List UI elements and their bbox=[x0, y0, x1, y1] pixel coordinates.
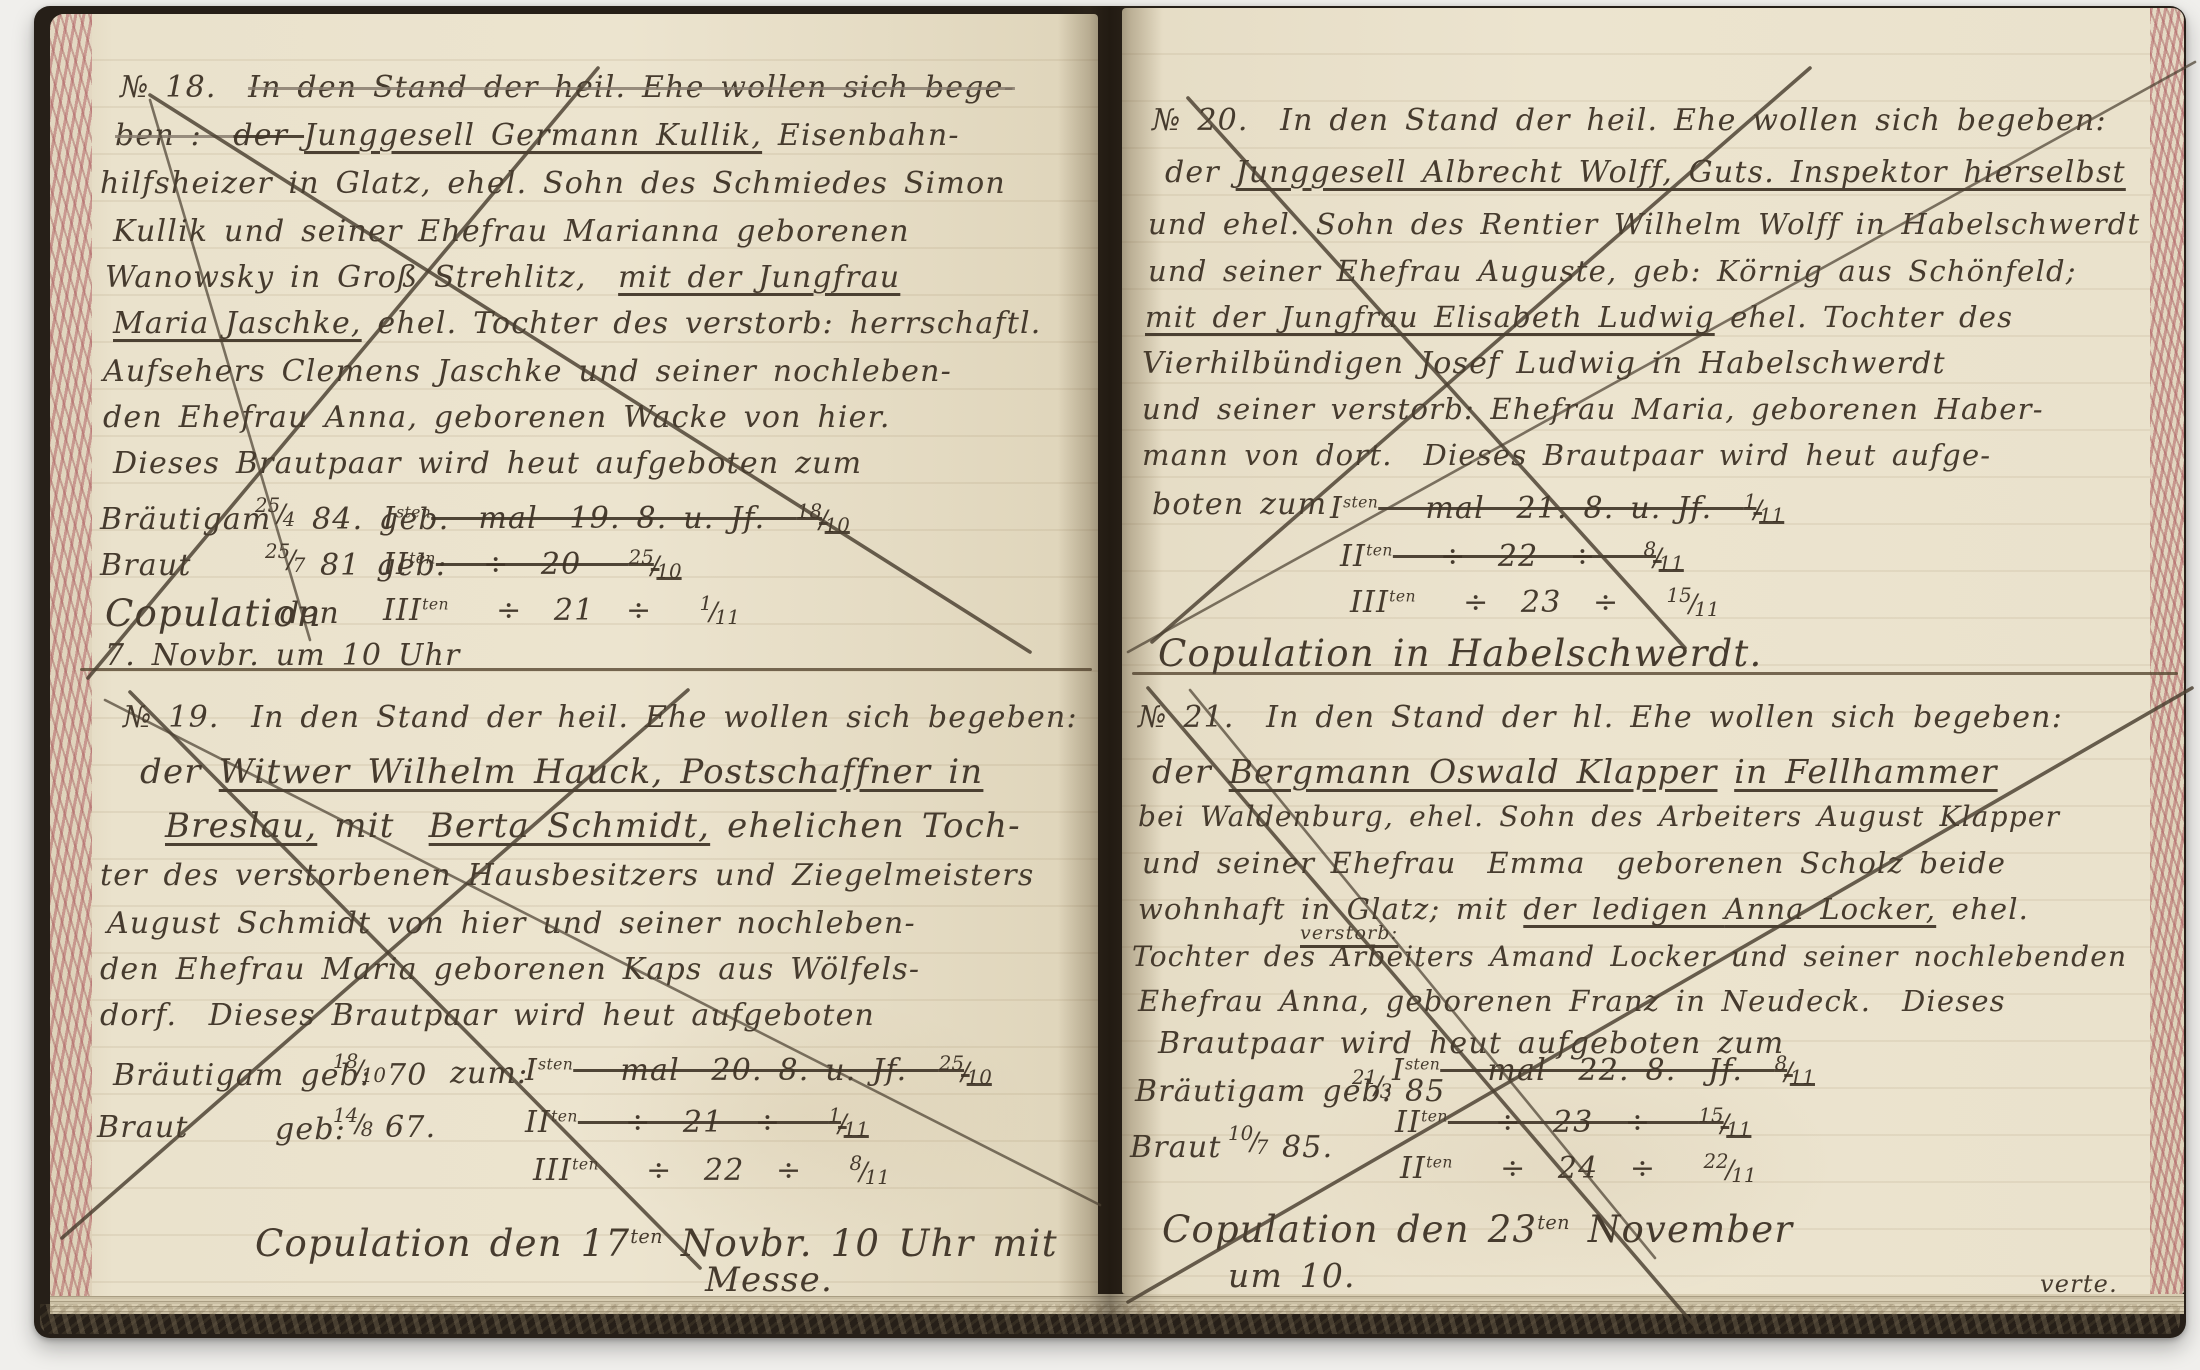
text-segment: Braut bbox=[100, 548, 192, 583]
manuscript-line: und seiner Ehefrau Auguste, geb: Körnig … bbox=[1148, 254, 2077, 288]
text-segment: № 21. In den Stand der hl. Ehe wollen si… bbox=[1138, 700, 2063, 735]
text-segment: ten bbox=[1426, 1153, 1453, 1171]
text-segment: um 10. bbox=[1228, 1256, 1356, 1294]
text-segment: 85. bbox=[1282, 1130, 1333, 1165]
text-segment: mal 20. 8. u. Jf. bbox=[573, 1053, 939, 1088]
text-segment: Wanowsky in Groß Strehlitz, bbox=[105, 260, 618, 295]
manuscript-line: Isten mal 21. 8. u. Jf. 1/11 bbox=[1330, 490, 1784, 527]
text-segment: ÷ 23 ÷ bbox=[1416, 585, 1667, 620]
manuscript-line: ter des verstorbenen Hausbesitzers und Z… bbox=[100, 858, 1034, 893]
manuscript-line: Braut bbox=[100, 548, 192, 583]
text-segment: sten bbox=[396, 503, 431, 521]
page-edge-marbling-right bbox=[2150, 8, 2184, 1294]
text-segment: Bergmann Oswald Klapper bbox=[1229, 752, 1718, 791]
text-segment: ten bbox=[422, 595, 449, 613]
manuscript-line: wohnhaft in Glatz; mit der ledigen Anna … bbox=[1138, 892, 2029, 926]
text-segment: Junggesell Albrecht Wolff, Guts. Inspekt… bbox=[1236, 155, 2126, 190]
manuscript-line: bei Waldenburg, ehel. Sohn des Arbeiters… bbox=[1138, 800, 2060, 833]
manuscript-line: IIIten ÷ 23 ÷ 15/11 bbox=[1350, 584, 1719, 621]
text-segment: ÷ 24 ÷ bbox=[1453, 1151, 1704, 1186]
text-segment: Berta Schmidt, bbox=[429, 806, 710, 846]
text-segment: sten bbox=[538, 1055, 573, 1073]
text-segment: boten zum bbox=[1152, 487, 1327, 522]
manuscript-line: № 21. In den Stand der hl. Ehe wollen si… bbox=[1138, 700, 2063, 735]
manuscript-line: Isten mal 22. 8. Jf. 8/11 bbox=[1392, 1052, 1815, 1089]
text-segment: Ehefrau Anna, geborenen Franz in Neudeck… bbox=[1138, 984, 2006, 1018]
manuscript-line: № 19. In den Stand der heil. Ehe wollen … bbox=[123, 700, 1078, 735]
text-segment: Copulation den 17 bbox=[255, 1222, 630, 1265]
text-segment: I bbox=[1330, 491, 1343, 526]
manuscript-line: Wanowsky in Groß Strehlitz, mit der Jung… bbox=[105, 260, 900, 295]
manuscript-line: der Bergmann Oswald Klapper in Fellhamme… bbox=[1152, 752, 1998, 791]
text-segment: I bbox=[525, 1053, 538, 1088]
text-segment: № 18. bbox=[120, 70, 248, 105]
text-segment: ÷ 23 ÷ bbox=[1448, 1105, 1699, 1140]
text-segment: ten bbox=[409, 549, 436, 567]
text-segment: den bbox=[280, 596, 340, 631]
manuscript-line: 14/8 bbox=[333, 1104, 373, 1141]
text-segment: dorf. Dieses Brautpaar wird heut aufgebo… bbox=[100, 998, 875, 1033]
manuscript-line: IIten ÷ 24 ÷ 22/11 bbox=[1400, 1150, 1756, 1187]
text-segment: ÷ 22 ÷ bbox=[599, 1153, 850, 1188]
manuscript-line: 7. Novbr. um 10 Uhr bbox=[105, 638, 461, 673]
manuscript-line: Breslau, mit Berta Schmidt, ehelichen To… bbox=[165, 806, 1021, 846]
manuscript-line: der Junggesell Albrecht Wolff, Guts. Ins… bbox=[1165, 155, 2126, 190]
text-segment: 18/10 bbox=[797, 500, 850, 537]
text-segment: 8/11 bbox=[1775, 1052, 1815, 1089]
page-edge-marbling-left bbox=[50, 14, 92, 1296]
manuscript-line: Braut bbox=[1130, 1130, 1222, 1165]
manuscript-line: um 10. bbox=[1228, 1256, 1356, 1294]
text-segment: zum: bbox=[450, 1056, 528, 1091]
text-segment: 25/10 bbox=[629, 546, 682, 583]
text-segment: Braut bbox=[97, 1110, 189, 1145]
left-page: № 18. In den Stand der heil. Ehe wollen … bbox=[50, 14, 1098, 1296]
manuscript-line: Copulation den 17ten Novbr. 10 Uhr mit bbox=[255, 1222, 1058, 1265]
text-segment: № 19. In den Stand der heil. Ehe wollen … bbox=[123, 700, 1078, 735]
manuscript-line: der Witwer Wilhelm Hauck, Postschaffner … bbox=[140, 752, 983, 792]
text-segment: 8/11 bbox=[1643, 538, 1683, 575]
text-segment: 1/11 bbox=[828, 1104, 868, 1141]
text-segment: Braut bbox=[1130, 1130, 1222, 1165]
text-segment: ten bbox=[1389, 587, 1416, 605]
manuscript-line: den Ehefrau Anna, geborenen Wacke von hi… bbox=[103, 400, 891, 435]
text-segment: 8/11 bbox=[850, 1152, 890, 1189]
manuscript-line: Isten mal 20. 8. u. Jf. 25/10 bbox=[525, 1052, 992, 1089]
manuscript-line: zum: bbox=[450, 1056, 528, 1091]
text-segment: Maria Jaschke, bbox=[113, 306, 362, 341]
text-segment: 25/4 bbox=[255, 494, 295, 531]
text-segment: mal 22. 8. Jf. bbox=[1440, 1053, 1774, 1088]
text-segment: der bbox=[233, 118, 304, 153]
text-segment: Novbr. 10 Uhr mit bbox=[663, 1222, 1058, 1265]
text-segment: ten bbox=[1366, 541, 1393, 559]
text-segment: Vierhilbündigen Josef Ludwig in Habelsch… bbox=[1142, 346, 1946, 381]
manuscript-line: Messe. bbox=[705, 1260, 833, 1296]
text-segment: 25/7 bbox=[265, 540, 305, 577]
manuscript-line: Tochter des Arbeiters Amand Locker und s… bbox=[1132, 940, 2127, 973]
manuscript-line: 25/4 bbox=[255, 494, 295, 531]
manuscript-line: 25/7 bbox=[265, 540, 305, 577]
text-segment: Tochter des Arbeiters Amand Locker und s… bbox=[1132, 940, 2127, 973]
manuscript-line: Bräutigam bbox=[100, 502, 272, 537]
manuscript-line: hilfsheizer in Glatz, ehel. Sohn des Sch… bbox=[100, 166, 1006, 201]
text-segment: mann von dort. Dieses Brautpaar wird heu… bbox=[1142, 438, 1991, 472]
text-segment: ÷ 21 ÷ bbox=[449, 593, 700, 628]
text-segment: November bbox=[1570, 1208, 1793, 1251]
manuscript-line: den Ehefrau Maria geborenen Kaps aus Wöl… bbox=[100, 952, 920, 987]
text-segment: der ledigen bbox=[1523, 892, 1724, 926]
text-segment: den Ehefrau Maria geborenen Kaps aus Wöl… bbox=[100, 952, 920, 987]
manuscript-line: Vierhilbündigen Josef Ludwig in Habelsch… bbox=[1142, 346, 1946, 381]
text-segment: Junggesell Germann Kullik, bbox=[304, 118, 762, 153]
text-segment: mal 21. 8. u. Jf. bbox=[1378, 491, 1744, 526]
manuscript-line: IIten ÷ 20 25/10 bbox=[383, 546, 682, 583]
text-segment: 22/11 bbox=[1703, 1150, 1756, 1187]
text-segment: mit der Jungfrau bbox=[618, 260, 900, 295]
register-book: № 18. In den Stand der heil. Ehe wollen … bbox=[34, 6, 2186, 1338]
text-segment: 18/10 bbox=[333, 1050, 386, 1087]
text-segment: In den Stand der heil. Ehe wollen sich b… bbox=[248, 70, 1015, 105]
text-segment: den Ehefrau Anna, geborenen Wacke von hi… bbox=[103, 400, 891, 435]
text-segment: ÷ 21 ÷ bbox=[578, 1105, 829, 1140]
manuscript-line: den bbox=[280, 596, 340, 631]
text-segment: III bbox=[383, 593, 422, 628]
text-segment: der bbox=[1165, 155, 1236, 190]
text-segment: 21/3 bbox=[1352, 1066, 1392, 1103]
text-segment: ten bbox=[1537, 1211, 1570, 1234]
text-segment: Witwer Wilhelm Hauck, Postschaffner in bbox=[219, 752, 984, 792]
text-segment: ehel. Tochter des bbox=[1715, 300, 2014, 334]
manuscript-line: 70 bbox=[387, 1058, 428, 1093]
text-segment: August Schmidt von hier und seiner nochl… bbox=[107, 906, 916, 941]
text-segment: sten bbox=[1343, 493, 1378, 511]
text-segment: I bbox=[1392, 1053, 1405, 1088]
text-segment: ten bbox=[572, 1155, 599, 1173]
manuscript-line: Isten mal 19. 8. u. Jf. 18/10 bbox=[383, 500, 850, 537]
text-segment: und seiner verstorb: Ehefrau Maria, gebo… bbox=[1142, 392, 2044, 426]
text-segment: mit bbox=[317, 806, 428, 846]
text-segment: II bbox=[1400, 1151, 1426, 1186]
text-segment: ter des verstorbenen Hausbesitzers und Z… bbox=[100, 858, 1034, 893]
text-segment: und seiner Ehefrau Emma geborenen Scholz… bbox=[1142, 846, 2006, 880]
manuscript-line: und seiner verstorb: Ehefrau Maria, gebo… bbox=[1142, 392, 2044, 426]
text-segment: sten bbox=[1405, 1055, 1440, 1073]
text-segment: ÷ 20 bbox=[436, 547, 629, 582]
text-segment: 14/8 bbox=[333, 1104, 373, 1141]
manuscript-line: 67. bbox=[385, 1110, 436, 1145]
manuscript-line: Kullik und seiner Ehefrau Marianna gebor… bbox=[113, 214, 910, 249]
manuscript-line: Copulation den 23ten November bbox=[1162, 1208, 1793, 1251]
manuscript-line: dorf. Dieses Brautpaar wird heut aufgebo… bbox=[100, 998, 875, 1033]
text-segment: Kullik und seiner Ehefrau Marianna gebor… bbox=[113, 214, 910, 249]
text-segment: II bbox=[383, 547, 409, 582]
right-page: № 20. In den Stand der heil. Ehe wollen … bbox=[1122, 8, 2184, 1294]
text-segment: wohnhaft in Glatz; mit bbox=[1138, 892, 1523, 926]
manuscript-line: mit der Jungfrau Elisabeth Ludwig ehel. … bbox=[1145, 300, 2013, 334]
manuscript-line: mann von dort. Dieses Brautpaar wird heu… bbox=[1142, 438, 1991, 472]
manuscript-line: IIten ÷ 23 ÷ 15/11 bbox=[1395, 1104, 1751, 1141]
manuscript-line: ben : der Junggesell Germann Kullik, Eis… bbox=[115, 118, 960, 153]
manuscript-line: IIten ÷ 21 ÷ 1/11 bbox=[525, 1104, 869, 1141]
manuscript-line: IIten ÷ 22 ÷ 8/11 bbox=[1340, 538, 1684, 575]
text-segment: ehel. bbox=[1936, 892, 2029, 926]
manuscript-line: Braut bbox=[97, 1110, 189, 1145]
manuscript-line: und seiner Ehefrau Emma geborenen Scholz… bbox=[1142, 846, 2006, 880]
text-segment: bei Waldenburg, ehel. Sohn des Arbeiters… bbox=[1138, 800, 2060, 833]
text-segment: Anna Locker, bbox=[1724, 892, 1936, 926]
text-segment: ben : bbox=[115, 118, 233, 153]
text-segment: Eisenbahn- bbox=[762, 118, 960, 153]
text-segment: ehel. Tochter des verstorb: herrschaftl. bbox=[362, 306, 1042, 341]
manuscript-line: Maria Jaschke, ehel. Tochter des verstor… bbox=[113, 306, 1042, 341]
text-segment: ten bbox=[1421, 1107, 1448, 1125]
text-segment: der bbox=[140, 752, 219, 792]
manuscript-line: Copulation in Habelschwerdt. bbox=[1158, 632, 1762, 675]
text-segment: II bbox=[1340, 539, 1366, 574]
text-segment: I bbox=[383, 501, 396, 536]
text-segment: Bräutigam bbox=[100, 502, 272, 537]
text-segment: in Fellhammer bbox=[1734, 752, 1997, 791]
text-segment: ten bbox=[630, 1225, 663, 1248]
manuscript-line: August Schmidt von hier und seiner nochl… bbox=[107, 906, 916, 941]
photo-background: № 18. In den Stand der heil. Ehe wollen … bbox=[0, 0, 2200, 1370]
manuscript-line: Dieses Brautpaar wird heut aufgeboten zu… bbox=[113, 446, 862, 481]
text-segment: ten bbox=[551, 1107, 578, 1125]
manuscript-line: № 20. In den Stand der heil. Ehe wollen … bbox=[1152, 103, 2107, 138]
text-segment: Copulation den 23 bbox=[1162, 1208, 1537, 1251]
text-segment: 70 bbox=[387, 1058, 428, 1093]
text-segment: 10/7 bbox=[1228, 1122, 1268, 1159]
manuscript-line: 21/3 bbox=[1352, 1066, 1392, 1103]
manuscript-line: boten zum bbox=[1152, 487, 1327, 522]
text-segment: ÷ 22 ÷ bbox=[1393, 539, 1644, 574]
text-segment: 7. Novbr. um 10 Uhr bbox=[105, 638, 461, 673]
text-segment: II bbox=[525, 1105, 551, 1140]
text-segment: der bbox=[1152, 752, 1229, 791]
manuscript-line: 18/10 bbox=[333, 1050, 386, 1087]
text-segment: 1/11 bbox=[700, 592, 740, 629]
text-segment: und seiner Ehefrau Auguste, geb: Körnig … bbox=[1148, 254, 2077, 288]
text-segment: Aufsehers Clemens Jaschke und seiner noc… bbox=[103, 354, 952, 389]
text-segment: hilfsheizer in Glatz, ehel. Sohn des Sch… bbox=[100, 166, 1006, 201]
text-segment: III bbox=[1350, 585, 1389, 620]
text-segment: № 20. In den Stand der heil. Ehe wollen … bbox=[1152, 103, 2107, 138]
manuscript-line: Ehefrau Anna, geborenen Franz in Neudeck… bbox=[1138, 984, 2006, 1018]
text-segment: ehelichen Toch- bbox=[710, 806, 1021, 846]
manuscript-line: 85. bbox=[1282, 1130, 1333, 1165]
text-segment: III bbox=[533, 1153, 572, 1188]
text-segment: 15/11 bbox=[1698, 1104, 1751, 1141]
manuscript-line: und ehel. Sohn des Rentier Wilhelm Wolff… bbox=[1148, 207, 2140, 241]
manuscript-line: № 18. In den Stand der heil. Ehe wollen … bbox=[120, 70, 1015, 105]
text-segment: 1/11 bbox=[1744, 490, 1784, 527]
text-segment: II bbox=[1395, 1105, 1421, 1140]
text-segment: 15/11 bbox=[1667, 584, 1720, 621]
text-segment: und ehel. Sohn des Rentier Wilhelm Wolff… bbox=[1148, 207, 2140, 241]
text-segment: Messe. bbox=[705, 1260, 833, 1296]
manuscript-line: IIIten ÷ 22 ÷ 8/11 bbox=[533, 1152, 890, 1189]
text-segment: 67. bbox=[385, 1110, 436, 1145]
manuscript-line: verte. bbox=[2040, 1270, 2118, 1294]
text-segment: mit der Jungfrau Elisabeth Ludwig bbox=[1145, 300, 1715, 334]
book-cover-edge bbox=[40, 1304, 2180, 1334]
text-segment: verte. bbox=[2040, 1270, 2118, 1294]
text-segment: mal 19. 8. u. Jf. bbox=[431, 501, 797, 536]
manuscript-line: Aufsehers Clemens Jaschke und seiner noc… bbox=[103, 354, 952, 389]
manuscript-line: IIIten ÷ 21 ÷ 1/11 bbox=[383, 592, 740, 629]
text-segment: Dieses Brautpaar wird heut aufgeboten zu… bbox=[113, 446, 862, 481]
manuscript-line: 10/7 bbox=[1228, 1122, 1268, 1159]
text-segment: Copulation in Habelschwerdt. bbox=[1158, 632, 1762, 675]
text-segment: 25/10 bbox=[939, 1052, 992, 1089]
text-segment bbox=[1717, 752, 1734, 791]
text-segment: Breslau, bbox=[165, 806, 317, 846]
